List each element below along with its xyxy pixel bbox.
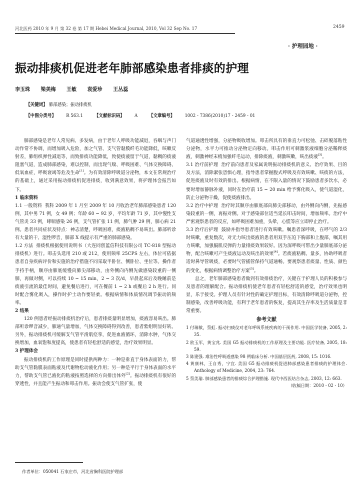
paragraph: 1.1 一般资料 我科 2009 年 1 月至 2009 年 10 月收治老年肺… [15,203,176,243]
section-heading: 3 护理体会 [15,348,176,356]
section-heading: 1 临床资料 [15,195,176,203]
author-affiliation: 作者单位：050041 石家庄市，河北省胸科医院护理部 [22,469,123,475]
keywords-value: 肺部感染；振动排痰机 [49,103,92,108]
reference-item: 3 陈建强. 难治性呼吸道感染 98 例临床分析. 中国基层医药, 2008, … [186,353,347,360]
reference-item: 4 黄康林，王自秀，宁宜. 美国 G5 振动排痰机促进肺部感染患者排痰的护理体会… [186,360,347,374]
intro-paragraph: 肺部感染是老年人常见病、多发病，由于老年人呼吸功能减退，吞咽与声门动作常不协调，… [15,138,176,195]
article-title: 振动排痰机促进老年肺部感染患者排痰的护理 [15,60,249,76]
conclusion-paragraph: 总之，老年肺部感染患者做到有效排痰治疗，关键在于护理人员的积极参与及患者的理解配… [186,276,347,316]
paragraph: 1.2 方法 排痰机根据使用说明书（大连同创蓝信科技有限公司 TC-818 型振… [15,243,176,308]
paragraph: 振动排痰机的工作原理是同时提供两种力：一种是垂直于身体表面的力，帮助支气管黏膜表… [15,357,176,389]
author: 王敏 [67,87,77,93]
received-date: （收稿日期：2010 - 02 - 10） [186,382,347,390]
author: 梁美梅 [41,87,56,93]
section-tag: · 护理园地 · [288,42,318,50]
article-id-value: 1002 - 7386(2010)17 - 2459 - 01 [185,114,256,119]
clc-value: R 563.1 [66,114,83,119]
paragraph: 3.3 治疗后护理 鼓励并指导患者进行有效咳嗽。嘱患者深呼吸，在呼气的 2/3 … [186,227,347,276]
footnote-divider [15,462,83,463]
paragraph: 3.1 治疗前护理 治疗前向患者及家属说明振动排痰机的意义、治疗效果、目的及方法… [186,162,347,202]
paragraph: 气道通透性增强，分泌物吸收增加。叩击所具有的垂直力可松弛、击碎脱落粘性分泌物，水… [186,138,347,162]
reference-item: 1 付瑞敏，蔡虹. 振动扫痰仪对老年呼吸系统疾病的干预作用. 中国医学装备, 2… [186,324,347,338]
page-number: 2459 [333,25,344,30]
article-id-label: 【文章编号】 [149,114,175,119]
article-meta: 【中图分类号】R 563.1 【文献标识码】A 【文章编号】1002 - 738… [26,113,265,119]
clc-label: 【中图分类号】 [26,114,56,119]
left-column: 肺部感染是老年人常见病、多发病，由于老年人呼吸功能减退，吞咽与声门动作常不协调，… [15,138,176,389]
running-head: 河北医药 2010 年 9 月 第 32 卷 第 17 期 Hebei Medi… [15,26,235,34]
paragraph: 3.2 治疗中护理 治疗时其顺序由肺底部向肺尖部移动，由外侧向内侧，先振感染较重… [186,203,347,227]
references-heading: 参考文献 [186,316,347,324]
section-heading: 2 结果 [15,308,176,316]
author-list: 李玉珠 梁美梅 王敏 袁爱珍 王丛蕊 [15,86,137,93]
author: 王丛蕊 [113,87,128,93]
keywords: 【关键词】 肺部感染；振动排痰机 [26,102,92,108]
doc-code-value: A [134,114,137,119]
author: 李玉珠 [15,87,30,93]
reference-item: 2 欧玉军，黄宝兆. 美国 G5 振动排痰机的工作原理及主要功能. 医疗装备, … [186,339,347,353]
author: 袁爱珍 [87,87,102,93]
keywords-label: 【关键词】 [26,103,47,108]
reference-item: 5 蔡美瑜. 肺部感染患者的排痰综合护理措施. 现代中西医结合杂志, 2003,… [186,375,347,382]
doc-code-label: 【文献标识码】 [94,114,124,119]
right-column: 气道通透性增强，分泌物吸收增加。叩击所具有的垂直力可松弛、击碎脱落粘性分泌物，水… [186,138,347,390]
paragraph: 120 例患者经振动排痰机治疗后，患者排痰量明显增加，痰液容易咳出。肺部听诊啰音… [15,316,176,348]
